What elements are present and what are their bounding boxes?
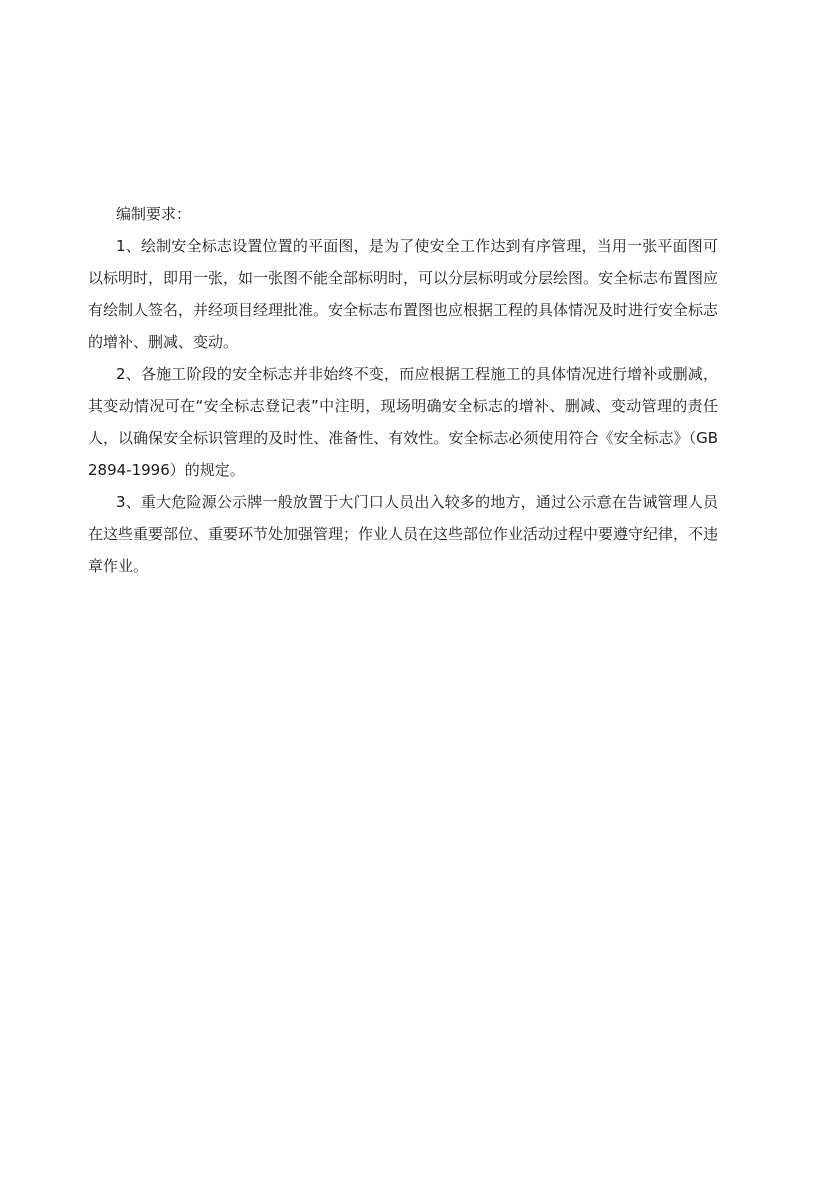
paragraph-1: 1、绘制安全标志设置位置的平面图，是为了使安全工作达到有序管理，当用一张平面图可… [88,230,718,358]
paragraph-2: 2、各施工阶段的安全标志并非始终不变，而应根据工程施工的具体情况进行增补或删减，… [88,358,718,486]
section-heading: 编制要求： [88,198,718,230]
paragraph-3: 3、重大危险源公示牌一般放置于大门口人员出入较多的地方，通过公示意在告诫管理人员… [88,486,718,582]
document-body: 编制要求： 1、绘制安全标志设置位置的平面图，是为了使安全工作达到有序管理，当用… [88,198,718,582]
